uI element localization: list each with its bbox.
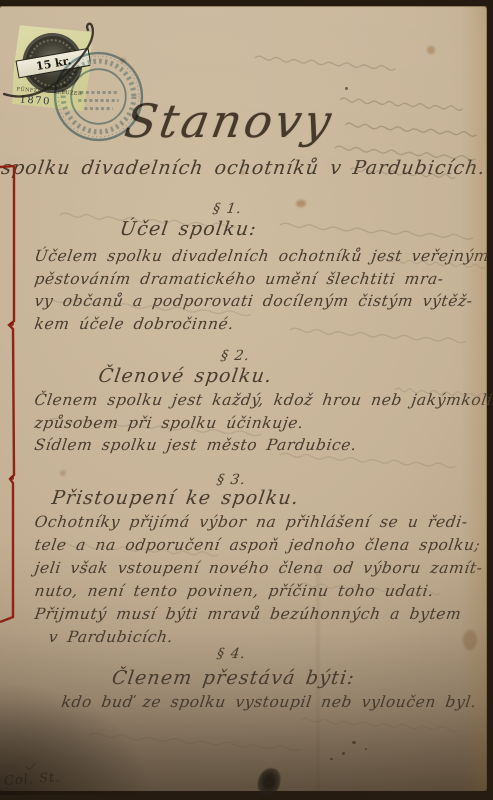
- section-heading-2: Členové spolku.: [0, 365, 431, 387]
- ink-speck: [345, 87, 348, 90]
- section-mark-4: § 4.: [0, 646, 476, 662]
- ink-speck: [330, 758, 333, 760]
- pen-cancellation-stroke: [0, 18, 140, 118]
- ink-speck: [352, 741, 356, 744]
- manuscript-line: vy občanů a podporovati docíleným čistým…: [33, 290, 491, 313]
- manuscript-line: jeli však vstoupení nového člena od výbo…: [33, 557, 484, 580]
- section-mark-2: § 2.: [0, 348, 480, 364]
- manuscript-line: nuto, není tento povinen, příčinu toho u…: [33, 580, 484, 603]
- manuscript-line: Ochotníky přijímá výbor na přihlášení se…: [33, 511, 484, 534]
- manuscript-line: pěstováním dramatického umění šlechtiti …: [33, 268, 491, 291]
- section-body-4: kdo buď ze spolku vystoupil neb vyloučen…: [60, 691, 475, 714]
- section-body-2: Členem spolku jest každý, kdož hrou neb …: [33, 389, 491, 457]
- manuscript-line: kdo buď ze spolku vystoupil neb vyloučen…: [60, 691, 478, 714]
- section-heading-3: Přistoupení ke spolku.: [0, 487, 421, 509]
- ink-speck: [365, 748, 367, 750]
- document-subtitle: spolku divadelních ochotníků v Pardubicí…: [0, 157, 489, 179]
- section-body-3: Ochotníky přijímá výbor na přihlášení se…: [33, 511, 481, 649]
- manuscript-line: Přijmutý musí býti mravů bezúhonných a b…: [33, 603, 484, 626]
- section-mark-1: § 1.: [0, 201, 472, 217]
- manuscript-line: Účelem spolku divadelních ochotníků jest…: [33, 245, 491, 268]
- binding-thread: [0, 150, 24, 640]
- manuscript-line: Členem spolku jest každý, kdož hrou neb …: [33, 389, 493, 412]
- manuscript-line: tele a na odporučení aspoň jednoho člena…: [33, 534, 484, 557]
- section-mark-3: § 3.: [0, 472, 476, 488]
- manuscript-line: kem účele dobročinné.: [33, 313, 491, 336]
- ink-speck: [342, 752, 345, 755]
- manuscript-line: Sídlem spolku jest město Pardubice.: [33, 434, 493, 457]
- section-heading-1: Účel spolku:: [0, 218, 434, 240]
- manuscript-line: způsobem při spolku účinkuje.: [33, 412, 493, 435]
- document-photo: Stanovy spolku divadelních ochotníků v P…: [0, 0, 493, 800]
- paper-stain: [427, 46, 435, 54]
- section-body-1: Účelem spolku divadelních ochotníků jest…: [33, 245, 488, 335]
- paper-crease: [317, 560, 319, 798]
- section-heading-4: Členem přestává býti:: [0, 667, 479, 689]
